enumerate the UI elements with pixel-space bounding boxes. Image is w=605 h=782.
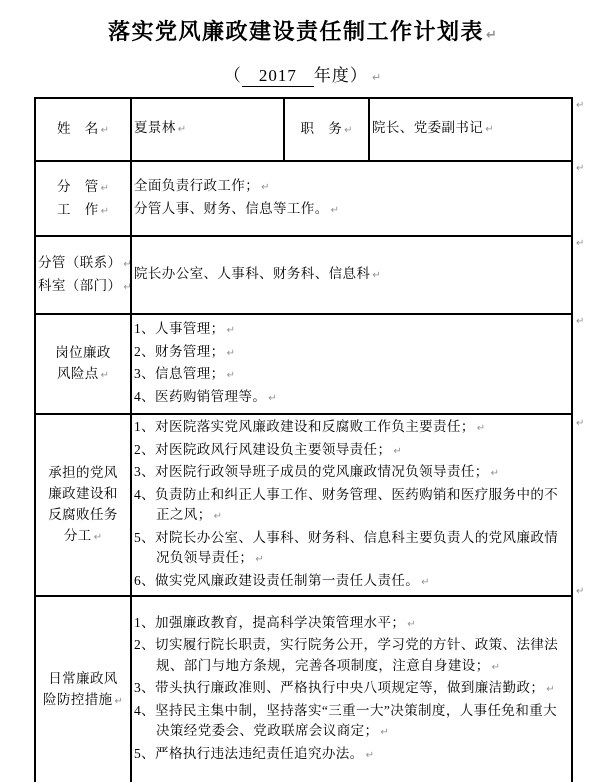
text-line-content: 4、医药购销管理等。 [134, 389, 266, 404]
paragraph-mark-icon: ↵ [372, 71, 381, 84]
paragraph-mark-icon: ↵ [261, 182, 269, 193]
text-line: 5、对院长办公室、人事科、财务科、信息科主要负责人的党风廉政情况负领导责任；↵ [134, 528, 569, 571]
page-subtitle: （2017年度）↵ [0, 61, 605, 86]
text-line-content: 4、负责防止和纠正人事工作、财务管理、医药购销和医疗服务中的不正之风； [134, 487, 558, 523]
text-line: 5、严格执行违法违纪责任追究办法。↵ [134, 744, 569, 767]
row-end-mark-icon: ↵ [576, 238, 584, 249]
year-value: 2017 [242, 66, 314, 87]
text-line: 4、坚持民主集中制，坚持落实“三重一大”决策制度，人事任免和重大决策经党委会、党… [134, 701, 569, 744]
row-end-mark-icon: ↵ [576, 100, 584, 111]
departments-label-cell: 分管（联系）↵科室（部门）↵ [35, 236, 131, 314]
paragraph-mark-icon: ↵ [255, 554, 263, 565]
paragraph-mark-icon: ↵ [366, 750, 374, 761]
responsible-work-label-cell: 分 管↵工 作↵ [35, 161, 131, 236]
paragraph-mark-icon: ↵ [486, 28, 497, 43]
text-line-content: 1、加强廉政教育，提高科学决策管理水平； [134, 615, 405, 630]
text-line-content: 1、人事管理； [134, 321, 225, 336]
paragraph-mark-icon: ↵ [101, 206, 109, 217]
responsible-work-value-cell: 全面负责行政工作；↵分管人事、财务、信息等工作。↵ [131, 161, 572, 236]
paragraph-mark-icon: ↵ [214, 511, 222, 522]
text-line-content: 反腐败任务 [48, 507, 118, 522]
row-name-duty: 姓 名↵ 夏景林↵ 职 务↵ 院长、党委副书记↵ [35, 98, 572, 161]
text-line: 1、人事管理；↵ [134, 319, 569, 342]
row-end-mark-icon: ↵ [576, 316, 584, 327]
text-line: 分管（联系）↵ [38, 252, 128, 275]
text-line: 3、带头执行廉政准则、严格执行中央八项规定等，做到廉洁勤政；↵ [134, 678, 569, 701]
text-line: 科室（部门）↵ [38, 275, 128, 298]
row-end-mark-icon: ↵ [576, 163, 584, 174]
text-line-content: 职 务 [300, 121, 342, 136]
paragraph-mark-icon: ↵ [101, 125, 109, 136]
paragraph-mark-icon: ↵ [123, 282, 131, 293]
text-line-content: 分工 [64, 528, 92, 543]
text-line-content: 院长、党委副书记 [372, 120, 483, 135]
text-line: 1、对医院落实党风廉政建设和反腐败工作负主要责任；↵ [134, 417, 569, 440]
subtitle-suffix: 年度） [314, 66, 368, 85]
text-line-content: 科室（部门） [38, 278, 121, 293]
text-line: 廉政建设和 [38, 483, 128, 504]
text-line-content: 3、信息管理； [134, 366, 225, 381]
paragraph-mark-icon: ↵ [485, 124, 493, 135]
paragraph-mark-icon: ↵ [115, 696, 123, 707]
paragraph-mark-icon: ↵ [344, 125, 352, 136]
text-line-content: 姓 名 [57, 121, 99, 136]
paragraph-mark-icon: ↵ [227, 325, 235, 336]
page-title: 落实党风廉政建设责任制工作计划表↵ [0, 15, 605, 46]
text-line-content: 分管人事、财务、信息等工作。 [134, 201, 329, 216]
text-line: 6、做实党风廉政建设责任制第一责任人责任。↵ [134, 571, 569, 594]
text-line: 2、对医院政风行风建设负主要领导责任；↵ [134, 440, 569, 463]
text-line: 4、医药购销管理等。↵ [134, 387, 569, 410]
text-line: 分 管↵ [38, 176, 128, 199]
text-line: 院长办公室、人事科、财务科、信息科↵ [134, 264, 569, 287]
text-line-content: 3、带头执行廉政准则、严格执行中央八项规定等，做到廉洁勤政； [134, 680, 544, 695]
text-line-content: 廉政建设和 [48, 486, 118, 501]
departments-value-cell: 院长办公室、人事科、财务科、信息科↵ [131, 236, 572, 314]
row-risk-points: 岗位廉政风险点↵ 1、人事管理；↵2、财务管理；↵3、信息管理；↵4、医药购销管… [35, 314, 572, 414]
control-measures-value-cell: 1、加强廉政教育，提高科学决策管理水平；↵2、切实履行院长职责，实行院务公开，学… [131, 596, 572, 782]
paragraph-mark-icon: ↵ [331, 205, 339, 216]
text-line: 3、信息管理；↵ [134, 364, 569, 387]
text-line: 分管人事、财务、信息等工作。↵ [134, 199, 569, 222]
paragraph-mark-icon: ↵ [492, 662, 500, 673]
row-responsible-work: 分 管↵工 作↵ 全面负责行政工作；↵分管人事、财务、信息等工作。↵ [35, 161, 572, 236]
text-line-content: 1、对医院落实党风廉政建设和反腐败工作负主要责任； [134, 419, 475, 434]
paragraph-mark-icon: ↵ [227, 370, 235, 381]
text-line: 夏景林↵ [134, 118, 281, 141]
text-line: 姓 名↵ [38, 118, 128, 141]
paragraph-mark-icon: ↵ [477, 423, 485, 434]
text-line-content: 6、做实党风廉政建设责任制第一责任人责任。 [134, 573, 419, 588]
text-line: 2、切实履行院长职责，实行院务公开，学习党的方针、政策、法律法规、部门与地方条规… [134, 635, 569, 678]
document-page: 落实党风廉政建设责任制工作计划表↵ （2017年度）↵ 姓 名↵ 夏景林↵ 职 … [0, 0, 605, 782]
text-line-content: 5、严格执行违法违纪责任追究办法。 [134, 746, 364, 761]
row-end-mark-icon: ↵ [576, 586, 584, 597]
text-line: 风险点↵ [38, 363, 128, 386]
task-division-label-cell: 承担的党风廉政建设和反腐败任务分工↵ [35, 414, 131, 596]
text-line-content: 岗位廉政 [55, 345, 111, 360]
text-line: 险防控措施↵ [38, 689, 128, 712]
text-line-content: 工 作 [57, 202, 99, 217]
text-line: 岗位廉政 [38, 342, 128, 363]
text-line-content: 风险点 [57, 366, 99, 381]
text-line: 反腐败任务 [38, 504, 128, 525]
row-departments: 分管（联系）↵科室（部门）↵ 院长办公室、人事科、财务科、信息科↵ [35, 236, 572, 314]
text-line: 1、加强廉政教育，提高科学决策管理水平；↵ [134, 613, 569, 636]
text-line-content: 险防控措施 [43, 692, 113, 707]
duty-label-cell: 职 务↵ [284, 98, 369, 161]
text-line: 分工↵ [38, 525, 128, 548]
paragraph-mark-icon: ↵ [407, 619, 415, 630]
text-line: 4、负责防止和纠正人事工作、财务管理、医药购销和医疗服务中的不正之风；↵ [134, 485, 569, 528]
text-line: 3、对医院行政领导班子成员的党风廉政情况负领导责任；↵ [134, 462, 569, 485]
row-control-measures: 日常廉政风险防控措施↵ 1、加强廉政教育，提高科学决策管理水平；↵2、切实履行院… [35, 596, 572, 782]
subtitle-open-paren: （ [224, 66, 242, 85]
paragraph-mark-icon: ↵ [178, 124, 186, 135]
paragraph-mark-icon: ↵ [94, 532, 102, 543]
text-line: 职 务↵ [287, 118, 366, 141]
text-line-content: 2、对医院政风行风建设负主要领导责任； [134, 442, 391, 457]
text-line-content: 3、对医院行政领导班子成员的党风廉政情况负领导责任； [134, 464, 489, 479]
risk-points-value-cell: 1、人事管理；↵2、财务管理；↵3、信息管理；↵4、医药购销管理等。↵ [131, 314, 572, 414]
paragraph-mark-icon: ↵ [546, 684, 554, 695]
paragraph-mark-icon: ↵ [393, 446, 401, 457]
paragraph-mark-icon: ↵ [101, 183, 109, 194]
name-value-cell: 夏景林↵ [131, 98, 284, 161]
row-task-division: 承担的党风廉政建设和反腐败任务分工↵ 1、对医院落实党风廉政建设和反腐败工作负主… [35, 414, 572, 596]
plan-table: 姓 名↵ 夏景林↵ 职 务↵ 院长、党委副书记↵ 分 管↵工 作↵ 全面负责行政… [34, 97, 573, 782]
text-line-content: 日常廉政风 [48, 671, 118, 686]
name-label-cell: 姓 名↵ [35, 98, 131, 161]
text-line: 全面负责行政工作；↵ [134, 176, 569, 199]
paragraph-mark-icon: ↵ [372, 270, 380, 281]
paragraph-mark-icon: ↵ [101, 370, 109, 381]
text-line: 承担的党风 [38, 462, 128, 483]
text-line-content: 承担的党风 [48, 465, 118, 480]
paragraph-mark-icon: ↵ [380, 727, 388, 738]
paragraph-mark-icon: ↵ [491, 468, 499, 479]
duty-value-cell: 院长、党委副书记↵ [369, 98, 572, 161]
paragraph-mark-icon: ↵ [227, 348, 235, 359]
paragraph-mark-icon: ↵ [421, 577, 429, 588]
text-line-content: 2、财务管理； [134, 344, 225, 359]
text-line-content: 4、坚持民主集中制，坚持落实“三重一大”决策制度，人事任免和重大决策经党委会、党… [134, 703, 557, 739]
text-line-content: 分管（联系） [38, 255, 121, 270]
row-end-mark-icon: ↵ [576, 418, 584, 429]
text-line: 工 作↵ [38, 199, 128, 222]
text-line: 院长、党委副书记↵ [372, 118, 569, 141]
paragraph-mark-icon: ↵ [268, 393, 276, 404]
task-division-value-cell: 1、对医院落实党风廉政建设和反腐败工作负主要责任；↵2、对医院政风行风建设负主要… [131, 414, 572, 596]
risk-points-label-cell: 岗位廉政风险点↵ [35, 314, 131, 414]
page-title-text: 落实党风廉政建设责任制工作计划表 [108, 19, 484, 44]
text-line-content: 院长办公室、人事科、财务科、信息科 [134, 266, 370, 281]
paragraph-mark-icon: ↵ [123, 259, 131, 270]
text-line-content: 分 管 [57, 179, 99, 194]
text-line-content: 夏景林 [134, 120, 176, 135]
control-measures-label-cell: 日常廉政风险防控措施↵ [35, 596, 131, 782]
text-line: 2、财务管理；↵ [134, 342, 569, 365]
text-line-content: 5、对院长办公室、人事科、财务科、信息科主要负责人的党风廉政情况负领导责任； [134, 530, 558, 566]
text-line-content: 全面负责行政工作； [134, 178, 259, 193]
text-line: 日常廉政风 [38, 668, 128, 689]
